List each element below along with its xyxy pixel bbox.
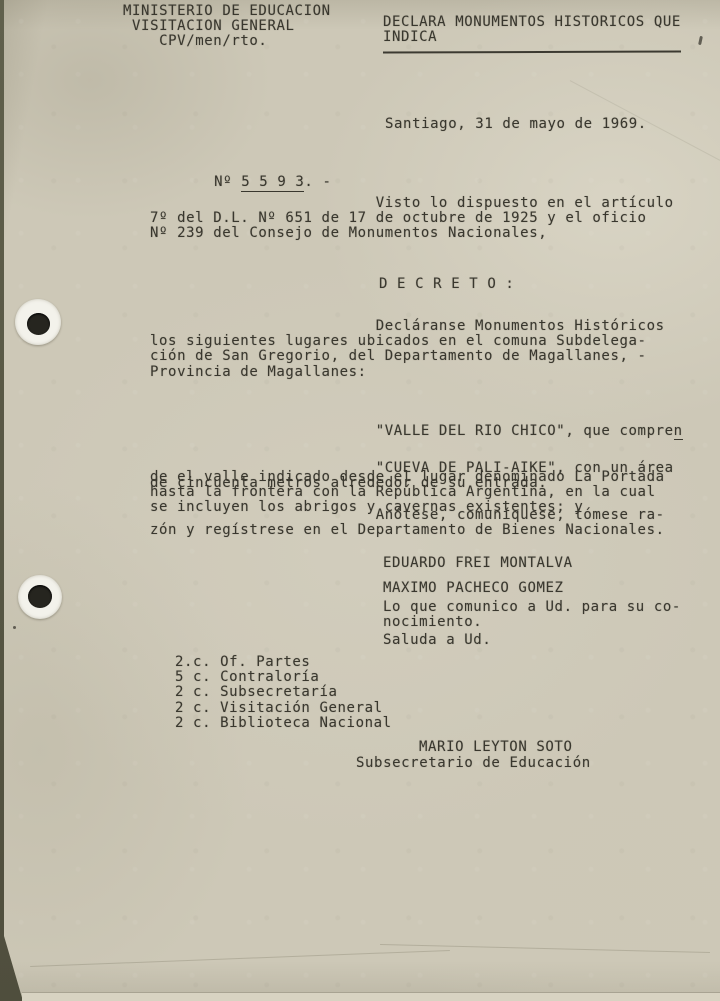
text-line: zón y regístrese en el Departamento de B…: [150, 523, 665, 538]
valle-first-line: "VALLE DEL RIO CHICO", que compren: [150, 424, 683, 439]
scanned-document: MINISTERIO DE EDUCACION VISITACION GENER…: [0, 0, 720, 1001]
text-line: 2 c. Visitación General: [175, 701, 392, 716]
text-line: VISITACION GENERAL: [123, 19, 331, 34]
text-line: MINISTERIO DE EDUCACION: [123, 4, 331, 19]
text-line: 2 c. Subsecretaría: [175, 685, 392, 700]
text-line: Decláranse Monumentos Históricos: [150, 319, 665, 334]
decreto-heading: D E C R E T O :: [379, 277, 514, 292]
text-line: Provincia de Magallanes:: [150, 365, 665, 380]
text-line: de cincuenta metros alrededor de su entr…: [150, 476, 674, 491]
decree-number-prefix: Nº: [214, 174, 241, 190]
letterhead-subject: DECLARA MONUMENTOS HISTORICOS QUEINDICA: [383, 15, 681, 45]
text-line: 2.c. Of. Partes: [175, 655, 392, 670]
text-line: 2 c. Biblioteca Nacional: [175, 716, 392, 731]
text-line: "CUEVA DE PALI-AIKE", con un área: [150, 461, 674, 476]
text-line: Lo que comunico a Ud. para su co-: [383, 600, 681, 615]
text-line: ción de San Gregorio, del Departamento d…: [150, 349, 665, 364]
cueva-paragraph: "CUEVA DE PALI-AIKE", con un áreade cinc…: [150, 461, 674, 491]
text-line: DECLARA MONUMENTOS HISTORICOS QUE: [383, 15, 681, 30]
decree-number-digits: 5 5 9 3: [241, 174, 304, 192]
undersecretary-name: MARIO LEYTON SOTO: [419, 740, 573, 755]
closing-paragraph: Anótese, comuníquese, tómese ra-zón y re…: [150, 508, 665, 538]
distribution-list: 2.c. Of. Partes5 c. Contraloría2 c. Subs…: [175, 655, 392, 731]
dateline: Santiago, 31 de mayo de 1969.: [385, 117, 647, 132]
letterhead-ministry: MINISTERIO DE EDUCACION VISITACION GENER…: [123, 4, 331, 50]
transmittal-note: Lo que comunico a Ud. para su co-nocimie…: [383, 600, 681, 630]
text-line: Nº 239 del Consejo de Monumentos Naciona…: [150, 226, 674, 241]
punch-hole-bottom: [28, 585, 52, 608]
punch-hole-top: [27, 313, 50, 335]
salutation: Saluda a Ud.: [383, 633, 491, 648]
decree-number-suffix: . -: [304, 174, 331, 190]
text-line: Anótese, comuníquese, tómese ra-: [150, 508, 665, 523]
valle-paragraph: "VALLE DEL RIO CHICO", que compren de el…: [150, 394, 683, 516]
signature-president: EDUARDO FREI MONTALVA: [383, 556, 573, 571]
declaration-paragraph: Decláranse Monumentos Históricoslos sigu…: [150, 319, 665, 380]
text-line: nocimiento.: [383, 615, 681, 630]
undersecretary-title: Subsecretario de Educación: [356, 756, 591, 771]
preamble-paragraph: Visto lo dispuesto en el artículo7º del …: [150, 196, 674, 242]
text-line: INDICA: [383, 30, 681, 45]
paper-bottom-edge: [22, 992, 720, 1001]
stray-mark: [13, 626, 16, 629]
valle-hyphen-underline: n: [674, 423, 683, 440]
valle-first-line-text: "VALLE DEL RIO CHICO", que compre: [150, 423, 674, 439]
text-line: Visto lo dispuesto en el artículo: [150, 196, 674, 211]
text-line: CPV/men/rto.: [123, 34, 331, 49]
signature-minister: MAXIMO PACHECO GOMEZ: [383, 581, 564, 596]
